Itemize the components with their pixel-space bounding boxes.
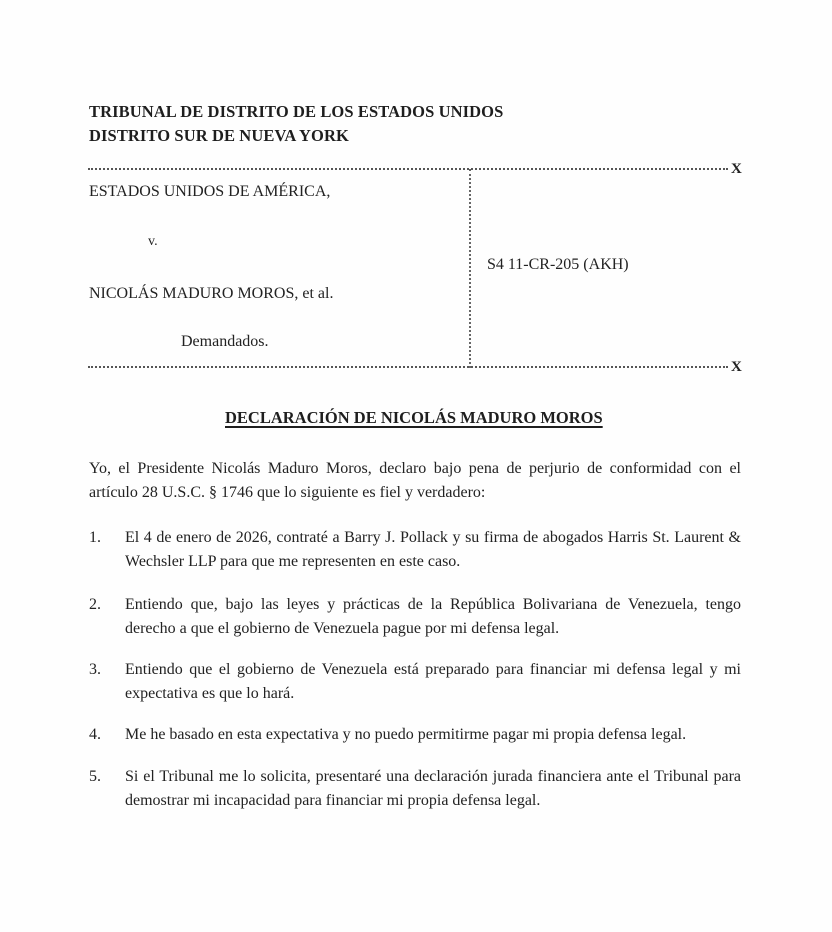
caption-top-x-mark: X [731,162,742,176]
court-district: DISTRITO SUR DE NUEVA YORK [89,124,503,148]
item-number: 5. [89,765,125,789]
versus-label: v. [148,234,158,250]
defendant-name: NICOLÁS MADURO MOROS, et al. [89,285,333,303]
caption-vertical-divider [469,169,471,368]
item-text: Si el Tribunal me lo solicita, presentar… [125,765,741,813]
item-number: 2. [89,593,125,617]
caption-bottom-rule [88,366,728,368]
declaration-intro: Yo, el Presidente Nicolás Maduro Moros, … [89,457,741,505]
item-number: 3. [89,658,125,682]
item-number: 1. [89,526,125,550]
item-text: Me he basado en esta expectativa y no pu… [125,723,741,747]
court-name: TRIBUNAL DE DISTRITO DE LOS ESTADOS UNID… [89,100,503,124]
caption-bottom-x-mark: X [731,360,742,374]
item-text: Entiendo que, bajo las leyes y prácticas… [125,593,741,641]
item-text: Entiendo que el gobierno de Venezuela es… [125,658,741,706]
court-header: TRIBUNAL DE DISTRITO DE LOS ESTADOS UNID… [89,100,503,148]
document-page: TRIBUNAL DE DISTRITO DE LOS ESTADOS UNID… [0,0,832,932]
plaintiff-name: ESTADOS UNIDOS DE AMÉRICA, [89,183,330,201]
declaration-title: DECLARACIÓN DE NICOLÁS MADURO MOROS [225,408,603,428]
caption-top-rule [88,168,728,170]
case-number: S4 11-CR-205 (AKH) [487,256,629,274]
item-number: 4. [89,723,125,747]
item-text: El 4 de enero de 2026, contraté a Barry … [125,526,741,574]
defendant-label: Demandados. [181,333,269,351]
